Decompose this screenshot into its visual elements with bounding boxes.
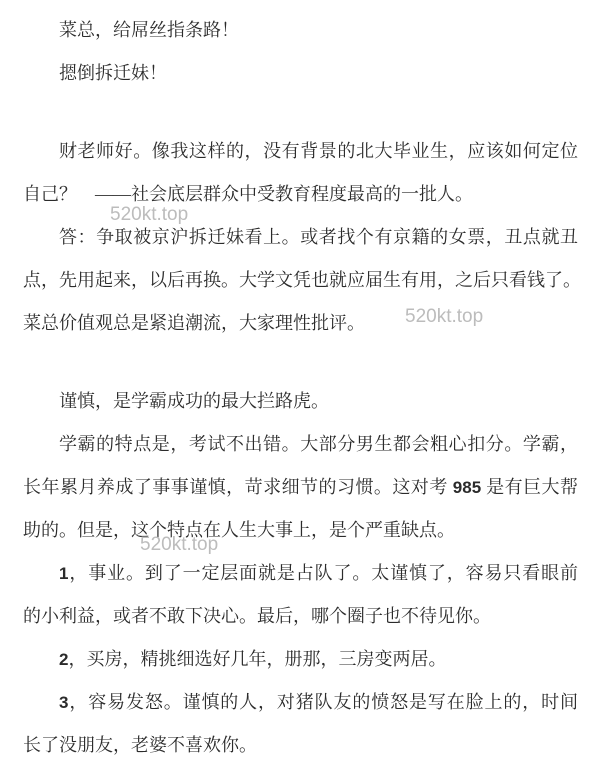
text-line: 点，先用起来，以后再换。大学文凭也就应届生有用，之后只看钱了。 [23, 259, 578, 302]
text-line: 的小利益，或者不敢下决心。最后，哪个圈子也不待见你。 [23, 595, 578, 638]
text-line: 3，容易发怒。谨慎的人，对猪队友的愤怒是写在脸上的，时间 [23, 681, 578, 724]
text-line: 菜总价值观总是紧追潮流，大家理性批评。 [23, 302, 578, 345]
text-line: 1，事业。到了一定层面就是占队了。太谨慎了，容易只看眼前 [23, 552, 578, 595]
text-line: 财老师好。像我这样的，没有背景的北大毕业生，应该如何定位 [23, 130, 578, 173]
text-line: 谨慎，是学霸成功的最大拦路虎。 [23, 380, 578, 423]
text-line: 学霸的特点是，考试不出错。大部分男生都会粗心扣分。学霸， [23, 423, 578, 466]
text-line: 助的。但是，这个特点在人生大事上，是个严重缺点。 [23, 509, 578, 552]
text-line: 摁倒拆迁妹！ [23, 52, 578, 95]
text-line: 自己？ ——社会底层群众中受教育程度最高的一批人。 [23, 173, 578, 216]
text-line: 2，买房，精挑细选好几年，册那，三房变两居。 [23, 638, 578, 681]
text-line: 长了没朋友，老婆不喜欢你。 [23, 724, 578, 767]
document-page: { "page": { "background_color": "#ffffff… [0, 0, 600, 769]
text-page-body: 菜总，给屌丝指条路！ 摁倒拆迁妹！ 财老师好。像我这样的，没有背景的北大毕业生，… [0, 0, 600, 767]
text-line: 答：争取被京沪拆迁妹看上。或者找个有京籍的女票，丑点就丑 [23, 216, 578, 259]
text-line: 菜总，给屌丝指条路！ [23, 9, 578, 52]
text-line: 长年累月养成了事事谨慎，苛求细节的习惯。这对考 985 是有巨大帮 [23, 466, 578, 509]
